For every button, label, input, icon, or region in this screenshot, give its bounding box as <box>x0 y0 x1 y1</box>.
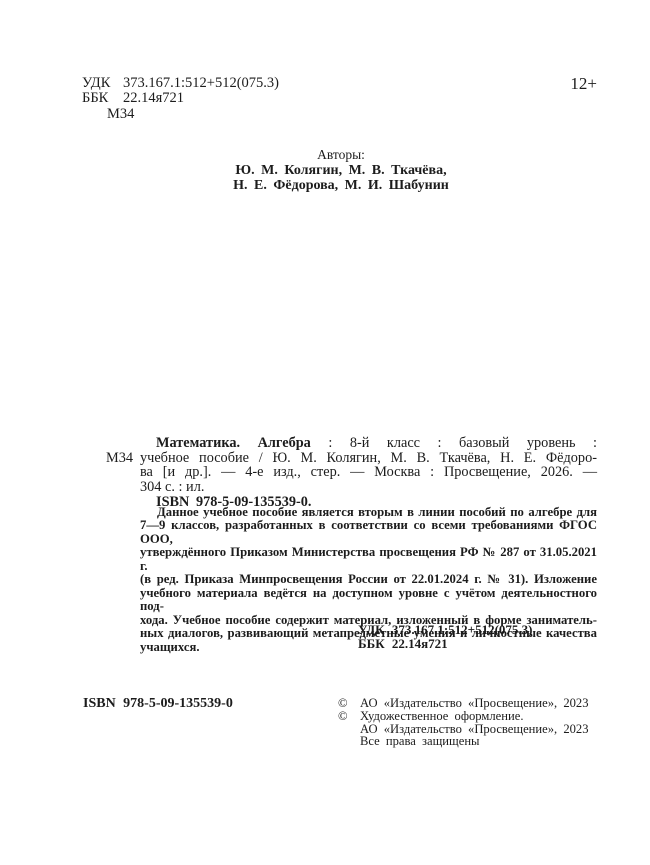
copyright-sign: © <box>338 697 360 710</box>
card-margin-code: М34 <box>106 451 133 466</box>
bbk-value: 22.14я721 <box>123 91 184 106</box>
card-line-3: ва [и др.]. — 4-е изд., стер. — Москва :… <box>140 465 597 480</box>
udk-label: УДК <box>82 76 123 91</box>
authors-heading: Авторы: <box>85 147 597 163</box>
annotation-line: утверждённого Приказом Министерства прос… <box>140 546 597 573</box>
card-line-2: учебное пособие / Ю. М. Колягин, М. В. Т… <box>140 451 597 466</box>
authors-block: Авторы: Ю. М. Колягин, М. В. Ткачёва, Н.… <box>85 147 597 194</box>
copyright-sign <box>338 735 360 748</box>
copyright-sign <box>338 723 360 736</box>
card-line-1-rest: : 8-й класс : базовый уровень : <box>311 435 597 451</box>
annotation-line: 7—9 классов, разработанных в соответстви… <box>140 519 597 546</box>
bottom-classification-block: УДК 373.167.1:512+512(075.3) ББК 22.14я7… <box>358 623 533 651</box>
annotation-line: Данное учебное пособие является вторым в… <box>140 506 597 519</box>
copyright-text: Все права защищены <box>360 735 480 748</box>
footer-isbn: ISBN 978-5-09-135539-0 <box>83 696 233 712</box>
copyright-line: © АО «Издательство «Просвещение», 2023 <box>338 697 589 710</box>
copyright-text: Художественное оформление. <box>360 710 523 723</box>
bottom-udk: УДК 373.167.1:512+512(075.3) <box>358 623 533 637</box>
bbk-label: ББК <box>82 91 123 106</box>
bottom-bbk: ББК 22.14я721 <box>358 637 533 651</box>
udk-line: УДК 373.167.1:512+512(075.3) <box>82 76 279 91</box>
card-line-4: 304 с. : ил. <box>140 480 597 495</box>
copyright-sign: © <box>338 710 360 723</box>
card-line-2-wrap: М34 учебное пособие / Ю. М. Колягин, М. … <box>140 451 597 466</box>
card-line-1: Математика. Алгебра : 8-й класс : базовы… <box>140 436 597 451</box>
classification-block: УДК 373.167.1:512+512(075.3) ББК 22.14я7… <box>82 76 279 122</box>
copyright-block: © АО «Издательство «Просвещение», 2023 ©… <box>338 697 589 748</box>
annotation-line: (в ред. Приказа Минпросвещения России от… <box>140 573 597 586</box>
catalog-card: Математика. Алгебра : 8-й класс : базовы… <box>140 436 597 510</box>
book-code: М34 <box>107 107 279 122</box>
annotation-line: учебного материала ведётся на доступном … <box>140 587 597 614</box>
authors-line-1: Ю. М. Колягин, М. В. Ткачёва, <box>85 163 597 179</box>
copyright-line: Все права защищены <box>338 735 589 748</box>
bbk-line: ББК 22.14я721 <box>82 91 279 106</box>
age-rating-badge: 12+ <box>570 75 597 92</box>
imprint-page: УДК 373.167.1:512+512(075.3) ББК 22.14я7… <box>0 0 650 865</box>
copyright-line: © Художественное оформление. <box>338 710 589 723</box>
udk-value: 373.167.1:512+512(075.3) <box>123 76 279 91</box>
book-title: Математика. Алгебра <box>156 435 311 451</box>
copyright-text: АО «Издательство «Просвещение», 2023 <box>360 697 589 710</box>
authors-line-2: Н. Е. Фёдорова, М. И. Шабунин <box>85 178 597 194</box>
